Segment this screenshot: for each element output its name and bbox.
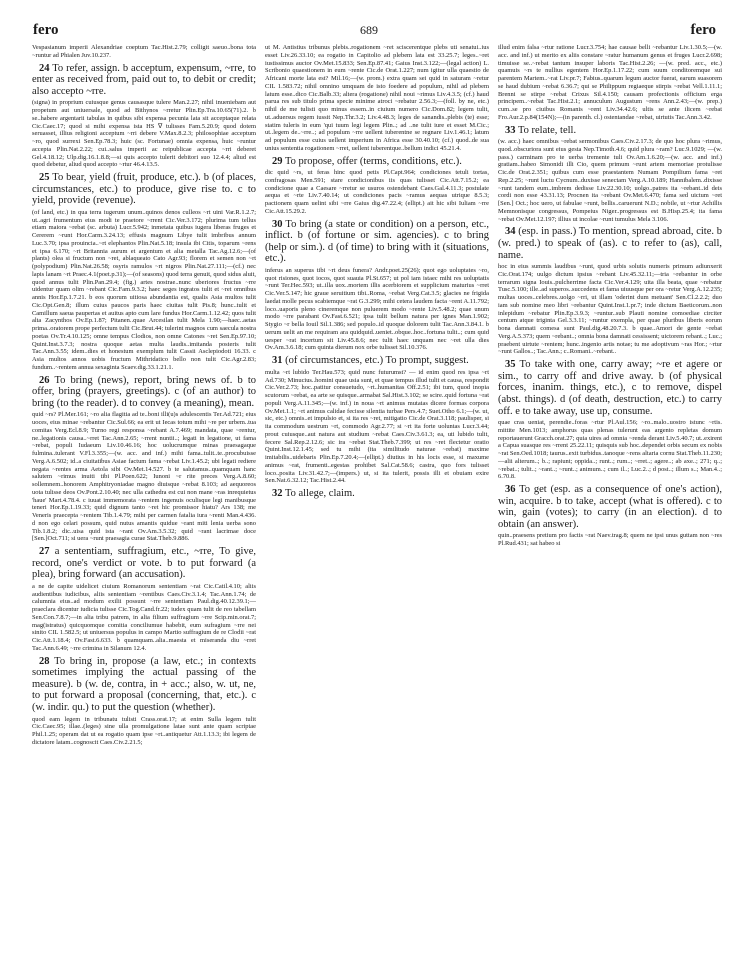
sense-definition: 36 To get (esp. as a consequence of one'… [498, 484, 722, 530]
sense-definition: 32 To allege, claim. [265, 488, 489, 500]
citation-block: hoc in eius summis laudibus ~runt, quod … [498, 263, 722, 356]
sense-definition: 31 (of circumstances, etc.) To prompt, s… [265, 355, 489, 367]
sense-number: 35 [505, 359, 516, 370]
sense-text: (esp. in pass.) To mention, spread abroa… [498, 226, 722, 260]
citation-block: (signa) in proprium cuiusque genus causa… [32, 99, 256, 169]
sense-text: To bring (news), report, bring news of. … [32, 375, 256, 409]
sense-text: To get (esp. as a consequence of one's a… [498, 484, 722, 530]
citation-block: (of land, etc.) in qua terra iugerum unu… [32, 209, 256, 372]
sense-text: To propose, offer (terms, conditions, et… [285, 156, 462, 167]
sense-text: To refer, assign. b acceptum, expensum, … [32, 63, 256, 97]
dictionary-columns: Vespasianum imperii Alexandriae coeptum … [32, 44, 722, 954]
guide-word-left: fero [33, 22, 59, 39]
citation-block: quin..praesens pretium pro factis ~rat N… [498, 532, 722, 548]
sense-number: 32 [272, 488, 283, 499]
sense-text: (of circumstances, etc.) To prompt, sugg… [285, 355, 469, 366]
sense-text: To allege, claim. [285, 488, 355, 499]
sense-definition: 24 To refer, assign. b acceptum, expensu… [32, 63, 256, 98]
sense-definition: 30 To bring (a state or condition) on a … [265, 219, 489, 265]
sense-definition: 26 To bring (news), report, bring news o… [32, 375, 256, 410]
sense-definition: 34 (esp. in pass.) To mention, spread ab… [498, 226, 722, 261]
sense-number: 25 [39, 172, 50, 183]
citation-block: ut M. Antistius tribunus plebis..rogatio… [265, 44, 489, 153]
page-number: 689 [360, 23, 378, 38]
sense-text: a sententiam, suffragium, etc., ~rre, To… [32, 546, 256, 580]
citation-block: (w. acc.) haec omnibus ~rebat sermonibus… [498, 138, 722, 223]
citation-block: quod eam legem in tribunatu tulisti Cras… [32, 716, 256, 747]
sense-text: To take with one, carry away; ~re et age… [498, 359, 722, 416]
citation-block: quae cras ueniat, perendie..foras ~rtur … [498, 419, 722, 481]
sense-definition: 28 To bring in, propose (a law, etc.; in… [32, 656, 256, 714]
running-header: fero 689 fero [0, 22, 750, 42]
sense-number: 27 [39, 546, 50, 557]
sense-text: To bear, yield (fruit, produce, etc.). b… [32, 172, 256, 206]
sense-text: To relate, tell. [518, 125, 576, 136]
sense-definition: 27 a sententiam, suffragium, etc., ~rre,… [32, 546, 256, 581]
sense-number: 28 [39, 656, 50, 667]
sense-number: 29 [272, 156, 283, 167]
column-right: illud enim falsa ~rtur ratione Lucr.3.75… [498, 44, 722, 954]
citation-block: multa ~rt lubido Ter.Hau.573; quid nunc … [265, 369, 489, 485]
citation-block: dic quid ~rs, ut feras hinc quod petis P… [265, 169, 489, 216]
citation-block: illud enim falsa ~rtur ratione Lucr.3.75… [498, 44, 722, 122]
sense-definition: 25 To bear, yield (fruit, produce, etc.)… [32, 172, 256, 207]
sense-definition: 29 To propose, offer (terms, conditions,… [265, 156, 489, 168]
sense-number: 36 [505, 484, 516, 495]
citation-block: quid ~rs? Pl.Mer.161; ~ro alia flagitia … [32, 411, 256, 543]
sense-number: 33 [505, 125, 516, 136]
sense-text: To bring in, propose (a law, etc.; in co… [32, 656, 256, 713]
sense-number: 26 [39, 375, 50, 386]
sense-text: To bring (a state or condition) on a per… [265, 219, 489, 265]
citation-block: a ne de capite uidelicet ciuium Romanoru… [32, 583, 256, 653]
guide-word-right: fero [690, 22, 716, 39]
sense-definition: 35 To take with one, carry away; ~re et … [498, 359, 722, 417]
sense-number: 24 [39, 63, 50, 74]
sense-number: 31 [272, 355, 283, 366]
column-middle: ut M. Antistius tribunus plebis..rogatio… [265, 44, 489, 954]
sense-definition: 33 To relate, tell. [498, 125, 722, 137]
sense-number: 34 [505, 226, 516, 237]
column-left: Vespasianum imperii Alexandriae coeptum … [32, 44, 256, 954]
sense-number: 30 [272, 219, 283, 230]
citation-block: inferus an superus tibi ~rt deus funera?… [265, 267, 489, 352]
citation-block: Vespasianum imperii Alexandriae coeptum … [32, 44, 256, 60]
